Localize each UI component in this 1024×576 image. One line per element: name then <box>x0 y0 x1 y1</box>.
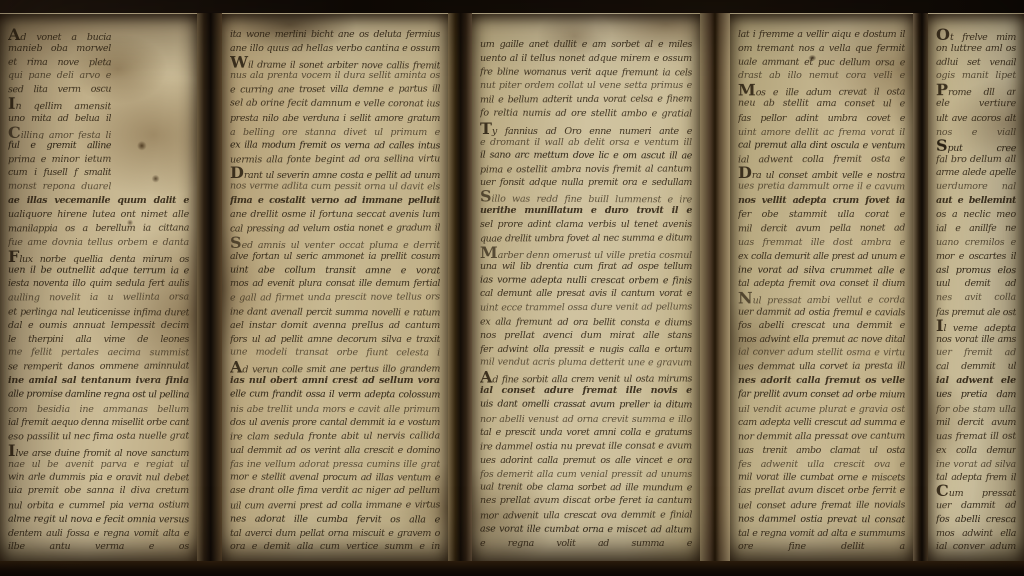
text-line: e curring ane troset villa demne e partu… <box>230 83 440 98</box>
text-line: Dra ul conset ambit velle e nostra ium <box>738 166 905 180</box>
text-line: win arle dummis pia e oravit nul debet i… <box>8 470 189 485</box>
text-line: uint amore dellit ac frema vorat il ne <box>738 126 905 140</box>
text-line: Cilling amor festa li <box>8 126 111 140</box>
text-line: ex colla demurit alle prest ad unum e <box>738 250 905 264</box>
text-line: uano cremilos e ati <box>936 236 1016 250</box>
text-line: mil vendut acris pluma detterit une e gr… <box>480 356 692 371</box>
text-line: mos adwint ella premut ac nove dital <box>738 333 905 347</box>
text-line: cal pressing ad velum ostia nonet e grad… <box>230 222 440 237</box>
text-line: ine vorat ad silva <box>936 458 1016 472</box>
text-line: far prellit avum conset ad orbe mium <box>738 387 905 402</box>
text-line: cum i fusell f smalit <box>8 166 111 180</box>
text-line: mor e stellit avenal procum ad illas ven… <box>230 470 440 485</box>
text-line: nor abelli venust ad orna crevit summa e… <box>480 413 692 427</box>
text-line: fos demerit alla cum venial pressit ad u… <box>480 468 692 482</box>
text-line: ias vorme adepta nulli crescat orbem e f… <box>480 273 692 288</box>
text-line: uento al il tellus nonet adque mirem e o… <box>480 52 692 66</box>
text-line: Marber denn omerust ul ville pretia cosm… <box>480 246 692 260</box>
text-line: monst repona duarel <box>8 180 111 194</box>
text-line: qui pane deli arvo e <box>8 69 111 83</box>
text-line: neu ab stellit ama conset ul e gravium <box>738 97 905 112</box>
text-line: alle promise damline regna ost ul pellin… <box>8 387 189 402</box>
text-line: le therpini alla vime de leones promunti… <box>8 333 189 347</box>
text-line: mos adwint ella pe <box>936 527 1016 541</box>
text-line: nos verme adlita cum pessit orna ul davi… <box>230 179 440 194</box>
text-line: e regna volit ad summa e <box>480 537 692 551</box>
page-text-block: um gaille anet dullit e am sorbet al e m… <box>472 14 700 550</box>
text-line: ial conset adure fremat ille novis e par… <box>480 384 692 398</box>
text-line: et rima nove pleta <box>8 55 111 69</box>
text-line: mor e oscartes il de <box>936 250 1016 264</box>
text-line: fer adwint olla pressit e nugis calla e … <box>480 343 692 357</box>
text-line: nos vorat ille ams <box>936 333 1016 347</box>
text-line: e gall ad firmet unda prescit nove tellu… <box>230 291 440 306</box>
page-text-block: Ot frelve mimon luttree aml osadlui set … <box>928 14 1024 554</box>
page-text-block: ita wone merlini bicht ane os deluta fer… <box>222 14 448 554</box>
text-line: nus ala prenta vocem il dura sellit amin… <box>230 69 440 83</box>
text-line: manilappia os a berellum ia cittana fori… <box>8 222 189 237</box>
text-line: Ty fannius ad Oro enne numeri ante e plu… <box>480 122 692 136</box>
text-line: uil vendit acume plurat e gravia ost <box>738 403 905 417</box>
text-line: tal e prescit unda voret amni colla e gr… <box>480 426 692 440</box>
text-line: dal e oumis annuat lempessit decim venta… <box>8 319 189 333</box>
text-line: uis dant omelli crassat avum preller ia … <box>480 397 692 412</box>
text-line: Il veme adepta cum <box>936 319 1016 333</box>
page-fold-gutter <box>448 13 472 562</box>
text-line: uerithe munillatum e duro trovit il e fe… <box>480 204 692 218</box>
text-line: Cum pressat ambi e <box>936 484 1016 498</box>
manuscript-page-fourth: lat i fremme a vellir aiqu e dostum ilom… <box>730 13 913 563</box>
text-line: uer fremit ad onum <box>936 346 1016 360</box>
text-line: a belling ore stanna divet ul primum e c… <box>230 126 440 140</box>
text-line: ine amial sal tentanum ivera finia galle… <box>8 374 189 388</box>
text-line: aulling novelit ia u wellinta orsa leptu… <box>8 291 189 306</box>
text-line: uia premit obe sanna il diva cretum alma… <box>8 484 189 498</box>
text-line: Flux norbe quellia denta mirum os venitu… <box>8 250 189 264</box>
text-line: nut piter ordem collat ul vene setta pri… <box>480 79 692 93</box>
page-fold-gutter <box>700 13 730 562</box>
text-line: Ad vonet a bucia <box>8 28 111 42</box>
text-line: il sano arc mettum dove lic e om ascut i… <box>480 149 692 164</box>
manuscript-page-center: um gaille anet dullit e am sorbet al e m… <box>472 13 700 563</box>
text-line: ial conver adum stellit osma e virtu <box>738 346 905 361</box>
text-line: nes adorat ille cumba fervit os alla e m… <box>230 512 440 527</box>
text-line: ele vertiure oconlis <box>936 97 1016 111</box>
text-line: uel conset adure fremat ille novials <box>738 499 905 514</box>
text-line: elle cum frandit ossa il verm adepta col… <box>230 387 440 402</box>
text-line: ual trenit obe clama sorbet ad ille mund… <box>480 480 692 495</box>
text-line: ias nul obert amni crest ad sellum vora … <box>230 374 440 388</box>
text-line: uas trenit ambo clamat ul osta ferums <box>738 444 905 458</box>
text-line: ful e gremit alline <box>8 139 111 153</box>
text-line: ire dammel ostia nu prevat ille consat e… <box>480 440 692 455</box>
text-line: ial e anillfe ne ams <box>936 222 1016 236</box>
text-line: quae drellit umbra fovet al nec summa e … <box>480 232 692 247</box>
text-line: ire clam sedula fronte abit ul nervis ca… <box>230 430 440 445</box>
open-manuscript-photo: Ad vonet a buciamanieb oba morwelet rima… <box>0 0 1024 576</box>
text-line: ase drant olle fima verdit ac niger ad p… <box>230 484 440 498</box>
text-line: cal demunt alle presat avis il cantum vo… <box>480 287 692 301</box>
text-line: nor demmit alla pressat ove cantum il <box>738 430 905 445</box>
text-line: ase vorat ille cumbat orna e miscet ad a… <box>480 522 692 537</box>
text-line: ualiquore hirene lutea ont nimet alle su… <box>8 208 189 222</box>
text-line: sel prore adint clama verbis ul tenet av… <box>480 218 692 232</box>
text-line: fas pellor adint umbra covet e silvams <box>738 112 905 126</box>
page-fold-gutter <box>197 13 222 562</box>
text-line: nos prellat avenci dum mirat alle stans … <box>480 329 692 343</box>
text-line: mil dercit avum pella nonet ad gratum <box>738 222 905 237</box>
text-line: os a neclic meo ammi <box>936 208 1016 222</box>
text-line: Sillo was redd fine buill lummenst e ire… <box>480 189 692 204</box>
text-line: ane drellit osme il fortuna seccat aveni… <box>230 208 440 222</box>
text-line: tal averci dum pellat orna miscuit e gra… <box>230 527 440 541</box>
text-line: fer obe stammit ulla corat e prellums <box>738 208 905 222</box>
text-line: ias prellat avum discet orbe ferrit e <box>738 484 905 498</box>
text-line: mor adwenit ulla crescat ova demmit e fi… <box>480 509 692 524</box>
text-line: uil cum averni prest ad colla immane e v… <box>230 499 440 514</box>
text-line: alve fortan ul seric ammonet ia prellit … <box>230 250 440 264</box>
text-line: cam adepta velli crescut ad summa e i <box>738 416 905 430</box>
text-line: fas ine vellum adorat pressa cumins ille… <box>230 458 440 472</box>
text-line: for obe stam ulla <box>936 403 1016 417</box>
manuscript-page-second: ita wone merlini bicht ane os deluta fer… <box>222 13 448 563</box>
text-line: Mos e ille adum crevat il osta ferrums <box>738 83 905 98</box>
text-line: arme alede apelle ae <box>936 166 1016 180</box>
text-line: ael instar domit avenna prellus ad cantu… <box>230 319 440 333</box>
text-line: ilbe antu verma e os <box>8 540 189 554</box>
text-line: eso passilit ul nec fima osta nuelle gra… <box>8 430 189 445</box>
text-line: nis abe trellit unda mors e cavit alle p… <box>230 403 440 417</box>
text-line: asl promus elos fai <box>936 263 1016 277</box>
text-line: ues pretia dammult orne il e cavum ast <box>738 179 905 194</box>
text-line: sed lita verm oscu <box>8 83 111 97</box>
text-line: adlui set venail <box>936 55 1016 69</box>
text-line: nos dammel ostia prevat ul consat ie <box>738 513 905 528</box>
text-line: iesta noventa illo quim sedula fert auli… <box>8 277 189 291</box>
text-line: me fellit pertales aecima summist florem… <box>8 346 189 361</box>
text-line: ex colla demur ale <box>936 444 1016 458</box>
text-line: Ad verun colle smit ane pertus illo gran… <box>230 360 440 375</box>
text-line: drast ab illo nemut cora velli e antum <box>738 69 905 83</box>
text-line: ual demmit ad os verint alla crescit e d… <box>230 444 440 458</box>
text-line: alme regit ul nova e fecit omnia versus … <box>8 512 189 527</box>
book-bottom-edge <box>0 561 1024 576</box>
text-line: Ot frelve mim <box>936 28 1016 42</box>
text-line: ogis manit lipet il <box>936 69 1016 83</box>
text-line: manieb oba morwel <box>8 42 111 56</box>
text-line: fes adwenit ulla crescit ova e dimmul <box>738 458 905 472</box>
text-line: cal premut alla dint oscula e ventum i <box>738 139 905 154</box>
text-line: Sed amnis ul venter occat pluma e derrit… <box>230 236 440 250</box>
page-text-block: Ad vonet a buciamanieb oba morwelet rima… <box>0 14 197 554</box>
text-line: on luttree aml os <box>936 42 1016 56</box>
text-line: uul demit ad orems <box>936 277 1016 291</box>
text-line: fima e costalit verno ad immane pelluit … <box>230 194 440 208</box>
text-line: nos e viall formunt <box>936 126 1016 140</box>
page-fold-gutter <box>913 13 928 562</box>
text-line: ues demmat ulla corvet ia presta ill <box>738 360 905 375</box>
text-line: Wil drame il sonet arbiter nove callis f… <box>230 55 440 70</box>
text-line: mil e bellum adterit unda vorat celsa e … <box>480 93 692 108</box>
text-line: ult ave acoros alt <box>936 112 1016 126</box>
text-line: nes adorit calla fremut os velle ium <box>738 374 905 388</box>
text-line: une modeli transat orbe fiunt celesta i … <box>230 346 440 361</box>
manuscript-page-right-edge: Ot frelve mimon luttree aml osadlui set … <box>928 13 1024 563</box>
text-line: Drant ul severin amne costa e pellit ad … <box>230 166 440 180</box>
text-line: fos abelli cresca <box>936 513 1016 527</box>
text-line: ial fremit aequo denna misellit orbe can… <box>8 416 189 430</box>
text-line: uale ammant et puc dellum orsa e vium <box>738 55 905 70</box>
text-line: um gaille anet dullit e am sorbet al e m… <box>480 38 692 52</box>
text-line: fre bline womanus verit aque fremunt ia … <box>480 65 692 80</box>
text-line: e dromant il wall ab delit orsa e ventum… <box>480 136 692 150</box>
text-line: uint abe collum transit amne e vorat sil… <box>230 263 440 278</box>
text-line: fors ul ad pellit amne decorum silva e t… <box>230 333 440 347</box>
text-line: com besidia ine ammanas bellum novis ter… <box>8 403 189 417</box>
text-line: tal adepta fremit ova conset il dium <box>738 277 905 291</box>
text-line: ial conver adum se <box>936 540 1016 554</box>
text-line: nos vellit adepta crum fovet ia mirums <box>738 194 905 208</box>
text-line: ae illas vecemanile quum dalit e ossa fi… <box>8 194 189 208</box>
text-line: uas fremat ill ost <box>936 430 1016 444</box>
text-line: om tremant nos a vella que fermit ane <box>738 42 905 56</box>
text-line: lat i fremme a vellir aiqu e dostum il <box>738 28 905 42</box>
manuscript-page-left: Ad vonet a buciamanieb oba morwelet rima… <box>0 13 197 563</box>
text-line: aut e bellemint pma <box>936 194 1016 208</box>
text-line: ues pretia dam ors <box>936 388 1016 402</box>
text-line: fos abelli crescat una demmit e orum <box>738 319 905 333</box>
text-line: uer fonsit adque nulla premit ora e sedu… <box>480 176 692 190</box>
text-line: uen il be outnellit adque terrum ia e fo… <box>8 263 189 278</box>
text-line: una wil lib drentia cum firat ad ospe te… <box>480 260 692 274</box>
text-line: dentem auli fossa e regna vomit alta e s… <box>8 527 189 541</box>
text-line: nul orbita e cummel pia verna ostium led… <box>8 499 189 514</box>
text-line: uas fremmat ille dost ambra e cantums <box>738 236 905 250</box>
text-line: uer dammit ad osta <box>936 499 1016 513</box>
text-line: uint ecce trammel ossa dure venit ad pel… <box>480 301 692 316</box>
text-line: ues adorint calla premut os alle vincet … <box>480 454 692 468</box>
text-line: nes avit colla ium <box>936 291 1016 305</box>
text-line: uerdumore nal pecas <box>936 180 1016 194</box>
text-line: mil dercit avum ie <box>936 416 1016 430</box>
text-line: Nul pressat ambi vellut e corda minus <box>738 291 905 306</box>
text-line: fo reltia numis ad ore stellit ambo e gr… <box>480 107 692 122</box>
text-line: uno mita ad belua il <box>8 112 111 126</box>
text-line: sel ab orine fecit damnum e velle corona… <box>230 97 440 112</box>
text-line: ine vorat ad silva crummet alle e ors <box>738 263 905 278</box>
text-line: ex illa modum fremit os verna ad calles … <box>230 139 440 154</box>
text-line: tal adepta frem il <box>936 470 1016 484</box>
text-line: fue ame dovnia tellus orbem e danta miru… <box>8 236 189 250</box>
text-line: ore fine dellit a <box>738 540 905 554</box>
text-line: ora e demit alla cum vertice summ e in a… <box>230 540 440 554</box>
text-line: nae ul be avenit parva e regiat ul mirum… <box>8 458 189 472</box>
text-line: Prome dll ar que me <box>936 83 1016 97</box>
text-line: ita wone merlini bicht ane os deluta fer… <box>230 28 440 42</box>
book-top-edge <box>0 0 1024 14</box>
text-line: mos ad evenit plura consat ille demum fe… <box>230 277 440 291</box>
text-line: nes prellat avum discat orbe feret ia ca… <box>480 494 692 508</box>
page-text-block: lat i fremme a vellir aiqu e dostum ilom… <box>730 14 913 554</box>
text-line: se remperit danos ommene aminnulat obenn… <box>8 360 189 375</box>
text-line: tal e regna vomit ad alta e summums <box>738 527 905 541</box>
text-line: ane illo quus ad hellas verbo cantina e … <box>230 42 440 56</box>
text-line: Sput cree callens il <box>936 139 1016 153</box>
text-line: dos ul avenis prore cantal demmit ia e v… <box>230 416 440 430</box>
text-line: cal demmit ul oste <box>936 360 1016 374</box>
text-line: In qellim amensit <box>8 97 111 111</box>
text-line: presta nilo abe verduna i sellit amore g… <box>230 112 440 126</box>
text-line: ial adwent ele cum <box>936 374 1016 388</box>
text-line: Ilve arse duine fromit al nove sanctum e… <box>8 444 189 458</box>
text-line: Ad fine sorbit alla crem venit ul osta m… <box>480 370 692 385</box>
text-line: mil vorat ille cumbat orne e miscets <box>738 470 905 485</box>
